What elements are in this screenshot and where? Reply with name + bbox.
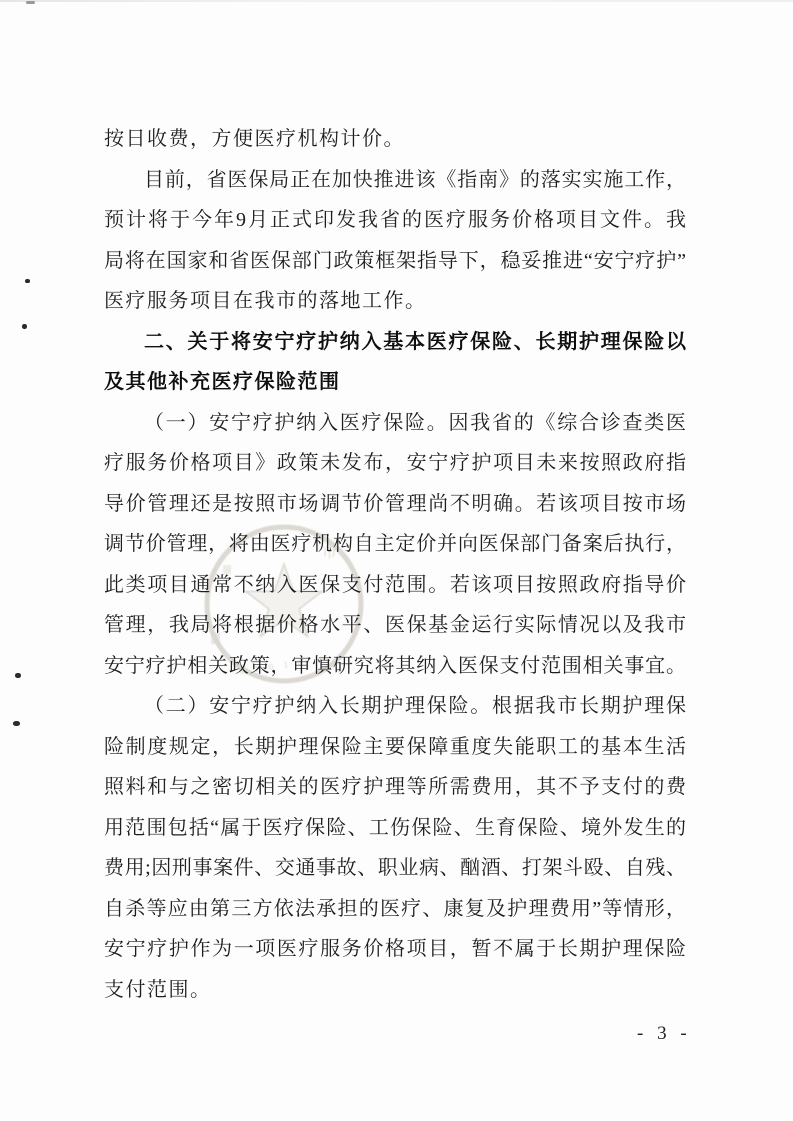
body-text-line: 安宁疗护作为一项医疗服务价格项目，暂不属于长期护理保险 bbox=[104, 929, 686, 970]
body-text-line: 按日收费，方便医疗机构计价。 bbox=[104, 119, 686, 160]
document-body: 按日收费，方便医疗机构计价。 目前，省医保局正在加快推进该《指南》的落实实施工作… bbox=[104, 119, 686, 1010]
body-text-line: 险制度规定，长期护理保险主要保障重度失能职工的基本生活 bbox=[104, 727, 686, 768]
body-text-line: 局将在国家和省医保部门政策框架指导下，稳妥推进“安宁疗护” bbox=[104, 241, 686, 282]
body-text-line: 安宁疗护相关政策，审慎研究将其纳入医保支付范围相关事宜。 bbox=[104, 646, 686, 687]
body-text-line: 预计将于今年9月正式印发我省的医疗服务价格项目文件。我 bbox=[104, 200, 686, 241]
body-text-line: 费用;因刑事案件、交通事故、职业病、酗酒、打架斗殴、自残、 bbox=[104, 848, 686, 889]
scan-artifact-dot bbox=[25, 279, 30, 283]
body-text-line: 此类项目通常不纳入医保支付范围。若该项目按照政府指导价 bbox=[104, 565, 686, 606]
scan-artifact-dot bbox=[15, 673, 21, 678]
body-text-line: （二）安宁疗护纳入长期护理保险。根据我市长期护理保 bbox=[104, 686, 686, 727]
scan-artifact-speck bbox=[26, 1, 35, 4]
section-heading-line: 及其他补充医疗保险范围 bbox=[104, 362, 686, 403]
body-text-line: 医疗服务项目在我市的落地工作。 bbox=[104, 281, 686, 322]
scan-artifact-dot bbox=[13, 721, 20, 726]
body-text-line: 自杀等应由第三方依法承担的医疗、康复及护理费用”等情形， bbox=[104, 889, 686, 930]
body-text-line: 照料和与之密切相关的医疗护理等所需费用，其不予支付的费 bbox=[104, 767, 686, 808]
body-text-line: 管理，我局将根据价格水平、医保基金运行实际情况以及我市 bbox=[104, 605, 686, 646]
body-text-line: 疗服务价格项目》政策未发布，安宁疗护项目未来按照政府指 bbox=[104, 443, 686, 484]
body-text-line: 用范围包括“属于医疗保险、工伤保险、生育保险、境外发生的 bbox=[104, 808, 686, 849]
body-text-line: 目前，省医保局正在加快推进该《指南》的落实实施工作， bbox=[104, 160, 686, 201]
scan-artifact-dot bbox=[22, 324, 27, 329]
section-heading-line: 二、关于将安宁疗护纳入基本医疗保险、长期护理保险以 bbox=[104, 322, 686, 363]
body-text-line: 支付范围。 bbox=[104, 970, 686, 1011]
body-text-line: 导价管理还是按照市场调节价管理尚不明确。若该项目按市场 bbox=[104, 484, 686, 525]
scan-edge-line bbox=[0, 0, 793, 2]
document-page: 市 0 1 0 1 0 按日收费，方便医疗机构计价。 目前，省医保局正在加快推进… bbox=[0, 0, 793, 1121]
body-text-line: （一）安宁疗护纳入医疗保险。因我省的《综合诊查类医 bbox=[104, 403, 686, 444]
body-text-line: 调节价管理，将由医疗机构自主定价并向医保部门备案后执行， bbox=[104, 524, 686, 565]
page-number: - 3 - bbox=[637, 1023, 690, 1045]
